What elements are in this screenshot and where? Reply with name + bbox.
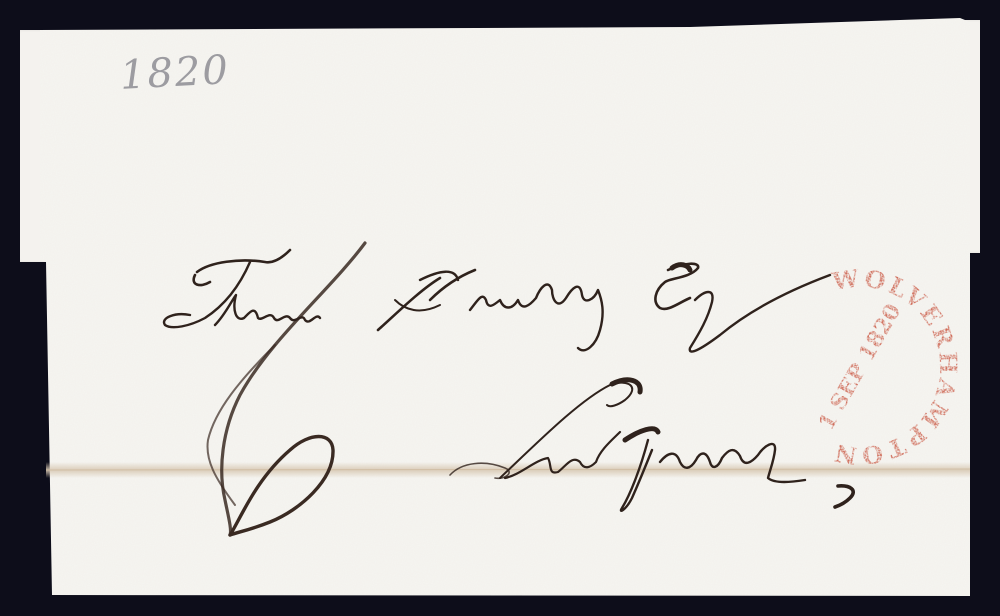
pencil-year-note: 1820 [119,47,231,99]
postmark-date-text: 1 SEP 1820 [813,299,906,434]
letter-scan: 1820 WOLVERHAMPTON 1 SEP 1820 [0,0,1000,616]
postmark-stamp: WOLVERHAMPTON 1 SEP 1820 [755,262,965,472]
postmark-graphic: WOLVERHAMPTON 1 SEP 1820 [755,262,965,472]
letter-sheet: 1820 WOLVERHAMPTON 1 SEP 1820 [0,0,1000,616]
